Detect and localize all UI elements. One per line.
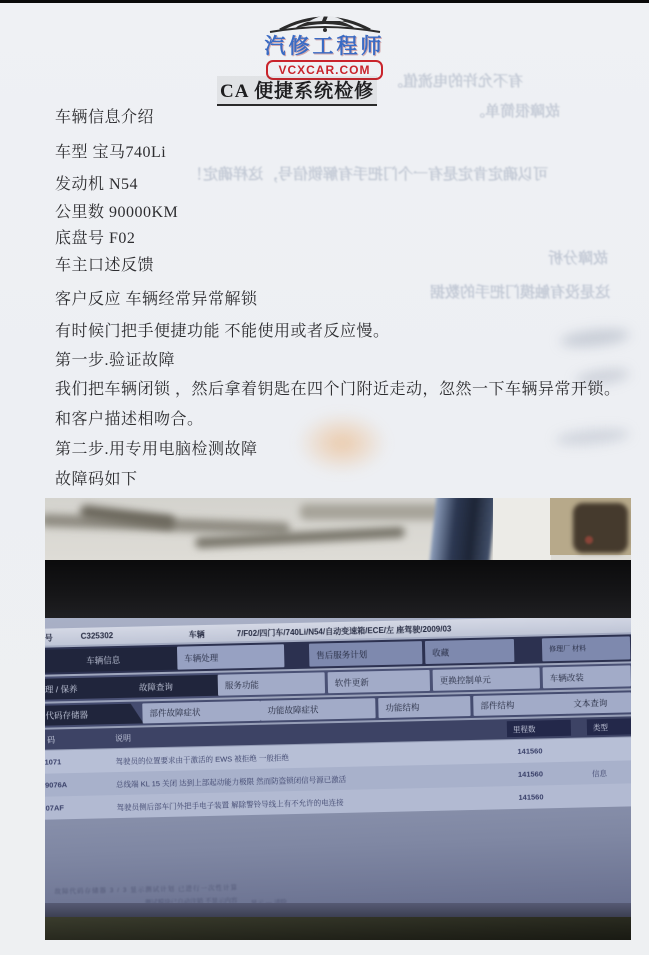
tab-component-structure: 部件结构	[473, 694, 567, 716]
doc-line: 车辆信息介绍	[55, 104, 154, 127]
tab-function-fault-symptom: 功能故障症状	[260, 698, 375, 721]
bleedthrough-smudge	[296, 412, 388, 474]
header-code: 码	[47, 734, 55, 745]
photo-red-speck	[585, 536, 593, 544]
fault-mileage: 141560	[518, 769, 543, 779]
photo-dark-object	[573, 503, 628, 553]
logo-brand-text: 汽修工程师	[0, 36, 649, 58]
doc-line: 第一步.验证故障	[55, 347, 175, 370]
header-type-button: 类型	[587, 718, 631, 735]
tab-stub	[45, 649, 81, 673]
photo-pillar	[429, 498, 496, 563]
tab-component-fault-symptom: 部件故障症状	[142, 701, 260, 724]
statusbar-prefix: 号	[45, 632, 53, 643]
fault-code: 1071	[45, 757, 61, 766]
screen-bottom-shadow	[45, 903, 631, 917]
wiper-streak	[300, 504, 445, 520]
doc-line: 车型 宝马740Li	[55, 139, 166, 162]
bleedthrough-text: 可以确定肯定是有一个门把手有解锁信号，这样确定！	[188, 163, 548, 184]
tab-vehicle-handling: 车辆处理	[177, 644, 284, 669]
tab-replace-ecu: 更换控制单元	[433, 667, 540, 690]
doc-line: 故障码如下	[55, 466, 138, 489]
screen-footer-text: 测试模块已自动注销 不显示内容	[145, 895, 238, 903]
doc-line: 底盘号 F02	[55, 225, 135, 248]
tab-repair-maintenance: 理 / 保养	[45, 677, 133, 700]
bleedthrough-text: 故障分析	[548, 247, 608, 268]
doc-line: 有时候门把手便捷功能 不能使用或者反应慢。	[55, 318, 390, 341]
ista-screen-content: 号 C325302 车辆 7/F02/四门车/740Li/N54/自动变速箱/E…	[45, 618, 631, 903]
doc-line: 发动机 N54	[55, 171, 138, 194]
bleedthrough-smudge	[555, 427, 631, 447]
fault-mileage: 141560	[518, 792, 543, 802]
diagnostic-screen-photo: 号 C325302 车辆 7/F02/四门车/740Li/N54/自动变速箱/E…	[45, 498, 631, 940]
fault-mileage: 141560	[517, 746, 542, 756]
statusbar-vehicle-spec: 7/F02/四门车/740Li/N54/自动变速箱/ECE/左 座驾驶/2009…	[237, 623, 452, 639]
header-description: 说明	[115, 733, 131, 744]
laptop-screen-bezel	[45, 560, 631, 618]
page-title: CA 便捷系统检修	[217, 76, 377, 106]
tab-text-search: 文本查询	[566, 692, 631, 713]
tab-vehicle-modification: 车辆改装	[543, 665, 631, 688]
bleedthrough-smudge	[559, 326, 630, 349]
tab-favorites: 收藏	[425, 639, 514, 664]
ista-software-screen: 号 C325302 车辆 7/F02/四门车/740Li/N54/自动变速箱/E…	[45, 618, 631, 903]
bleedthrough-text: 故障很简单。	[470, 100, 560, 121]
doc-line: 和客户描述相吻合。	[55, 406, 204, 429]
laptop-keyboard-edge	[45, 917, 631, 940]
doc-line: 公里数 90000KM	[55, 199, 178, 222]
photo-light-area	[493, 498, 551, 560]
statusbar-session-code: C325302	[81, 631, 114, 641]
tab-service-plan: 售后服务计划	[309, 641, 422, 667]
fault-code: 9076A	[45, 780, 67, 789]
bleedthrough-text: 这是没有触摸门把手的数据	[430, 281, 610, 302]
tab-software-update: 软件更新	[328, 670, 430, 693]
scanned-document-page: 汽修工程师 VCXCAR.COM 有不允许的电流值。 故障很简单。 可以确定肯定…	[0, 0, 649, 955]
scan-top-edge	[0, 0, 649, 3]
doc-line: 我们把车辆闭锁 ，然后拿着钥匙在四个门附近走动，忽然一下车辆异常开锁。	[55, 376, 621, 399]
car-icon	[260, 4, 390, 36]
photo-windshield-area	[45, 498, 631, 560]
tab-vehicle-info: 车辆信息	[79, 647, 178, 672]
doc-line: 客户反应 车辆经常异常解锁	[55, 286, 258, 309]
fault-description: 驾驶员的位置要求由于激活的 EWS 被拒绝 一般拒绝	[115, 752, 289, 767]
fault-description: 驾驶员侧后部车门外把手电子装置 解除警铃导线上有不允许的电连接	[116, 797, 343, 813]
fault-type: 信息	[592, 768, 607, 779]
logo: 汽修工程师 VCXCAR.COM	[0, 4, 649, 80]
header-mileage-button: 里程数	[507, 720, 571, 737]
statusbar-vehicle-label: 车辆	[189, 629, 205, 640]
tab-service-functions: 服务功能	[218, 672, 325, 695]
doc-line: 第二步.用专用电脑检测故障	[55, 436, 258, 459]
tab-workshop-material: 修理厂 材料	[542, 636, 630, 661]
doc-line: 车主口述反馈	[55, 252, 154, 275]
tab-function-structure: 功能结构	[378, 696, 470, 718]
bleedthrough-text: 有不允许的电流值。	[388, 70, 523, 91]
screen-footer-text: 故障代码存储器 3 / 3 显示测试计划 已进行一次性计算	[54, 882, 238, 895]
tab-fault-code-memory: 代码存储器	[45, 703, 144, 725]
fault-code: 07AF	[45, 803, 64, 812]
fault-description: 总线端 KL 15 关闭 达到上部起动能力极限 然而防盗锁闭信号源已激活	[116, 774, 346, 790]
